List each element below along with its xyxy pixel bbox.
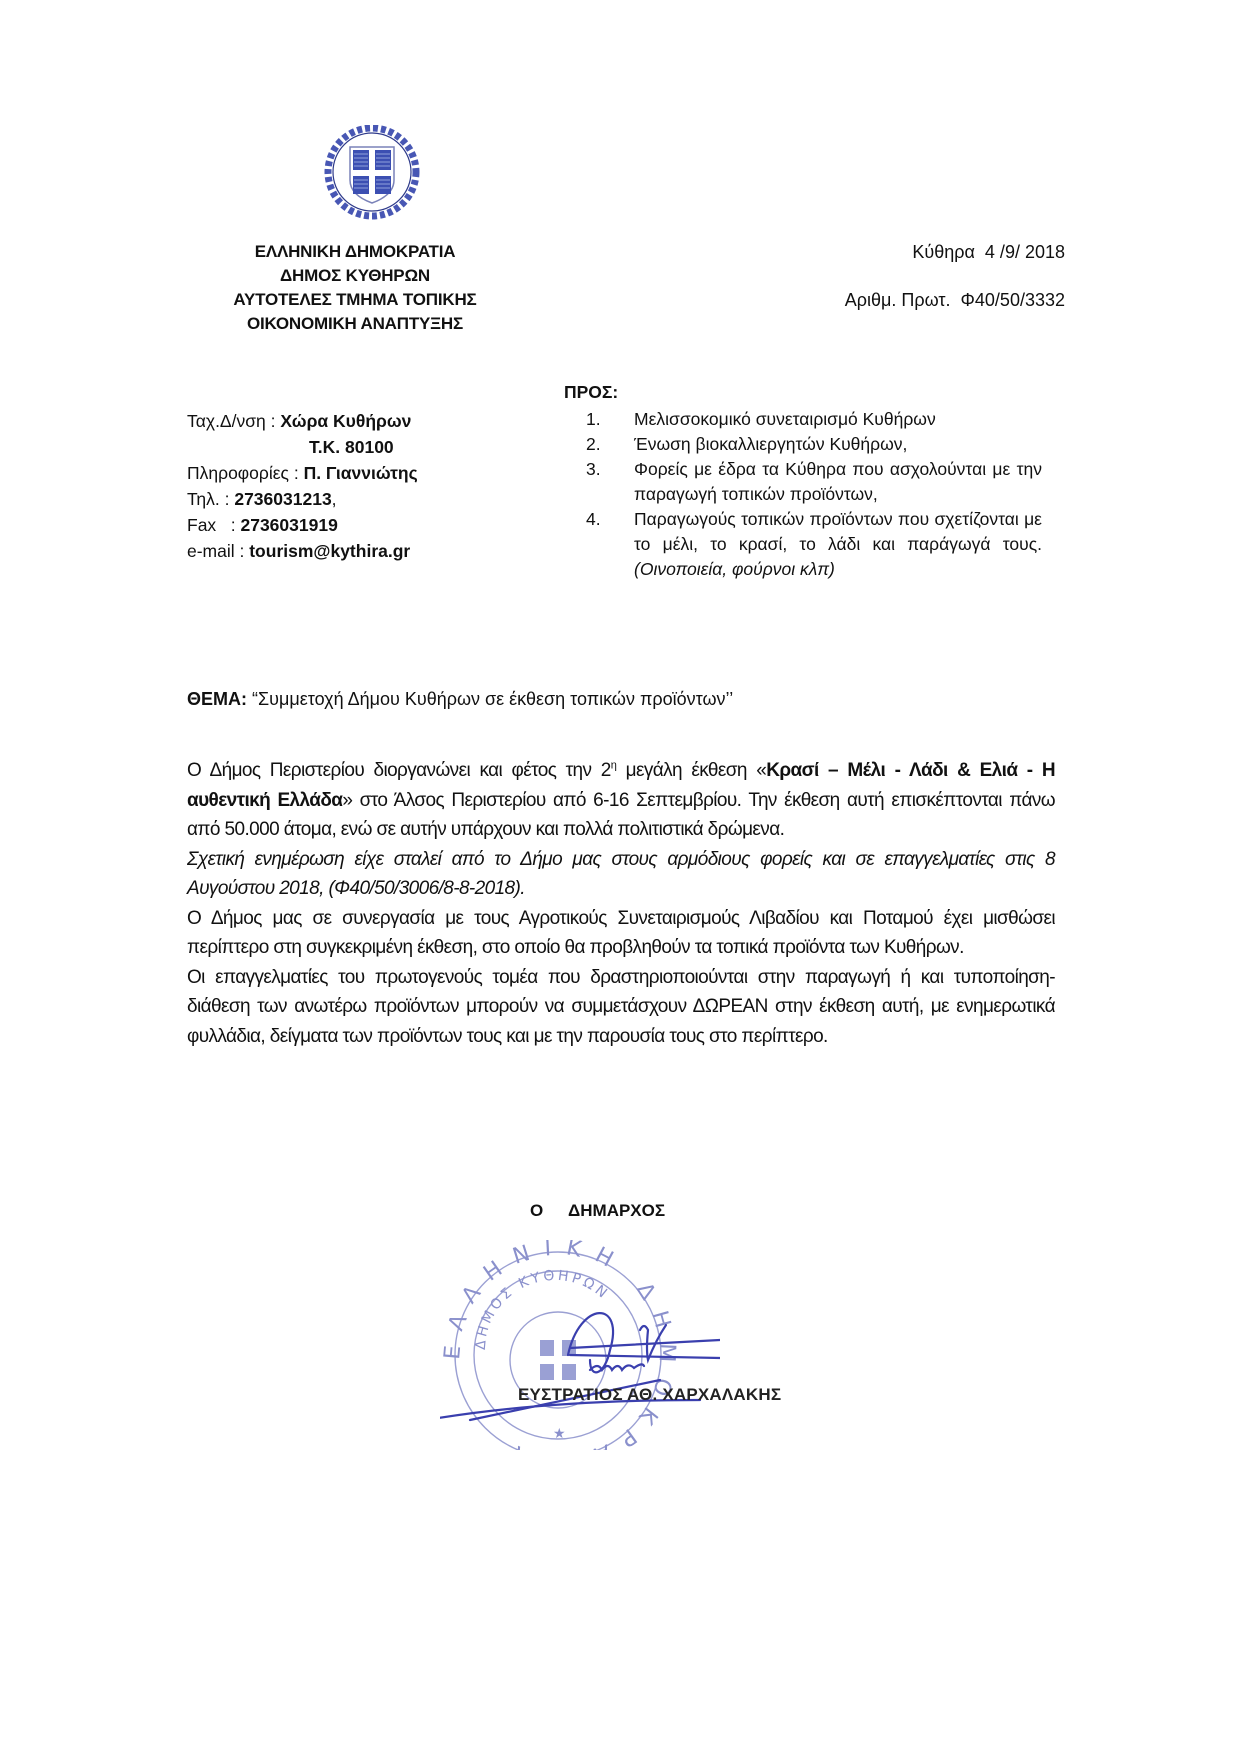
item-text: Ένωση βιοκαλλιεργητών Κυθήρων, <box>634 432 1042 457</box>
recipients-title: ΠΡΟΣ: <box>564 380 1042 405</box>
protocol-number: Αριθμ. Πρωτ. Φ40/50/3332 <box>700 288 1065 312</box>
issuer-line: ΔΗΜΟΣ ΚΥΘΗΡΩΝ <box>200 264 510 288</box>
official-stamp: ΕΛΛΗΝΙΚΗ ΔΗΜΟΚΡΑΤΙΑ ΔΗΜΟΣ ΚΥΘΗΡΩΝ ★ <box>440 1240 720 1450</box>
signatory-title: Ο ΔΗΜΑΡΧΟΣ <box>530 1201 665 1221</box>
list-item: 4.Παραγωγούς τοπικών προϊόντων που σχετί… <box>564 507 1042 582</box>
info-value: Π. Γιαννιώτης <box>304 463 418 483</box>
recipients-block: ΠΡΟΣ: 1.Μελισσοκομικό συνεταιρισμό Κυθήρ… <box>564 380 1042 582</box>
item-note: (Οινοποιεία, φούρνοι κλπ) <box>634 559 835 579</box>
issuer-line: ΟΙΚΟΝΟΜΙΚΗ ΑΝΑΠΤΥΞΗΣ <box>200 312 510 336</box>
issuer-block: ΕΛΛΗΝΙΚΗ ΔΗΜΟΚΡΑΤΙΑ ΔΗΜΟΣ ΚΥΘΗΡΩΝ ΑΥΤΟΤΕ… <box>200 240 510 336</box>
email-link[interactable]: tourism@kythira.gr <box>249 541 410 561</box>
fax-label: Fax : <box>187 515 240 535</box>
coat-of-arms-emblem <box>322 125 422 220</box>
item-text: Παραγωγούς τοπικών προϊόντων που σχετίζο… <box>634 509 1042 554</box>
phone-suffix: , <box>332 489 337 509</box>
body-paragraph: Οι επαγγελματίες του πρωτογενούς τομέα π… <box>187 963 1055 1052</box>
phone-value: 2736031213 <box>234 489 331 509</box>
body-paragraph: Ο Δήμος Περιστερίου διοργανώνει και φέτο… <box>187 756 1055 845</box>
email-label: e-mail : <box>187 541 249 561</box>
item-number: 4. <box>564 507 634 582</box>
svg-text:★: ★ <box>553 1425 566 1441</box>
item-number: 3. <box>564 457 634 507</box>
body-text: μεγάλη έκθεση « <box>616 760 766 781</box>
contact-block: Ταχ.Δ/νση : Χώρα Κυθήρων Τ.Κ. 80100 Πληρ… <box>187 408 418 564</box>
address-value: Χώρα Κυθήρων <box>280 411 411 431</box>
subject-text: “Συμμετοχή Δήμου Κυθήρων σε έκθεση τοπικ… <box>247 689 733 709</box>
item-text: Μελισσοκομικό συνεταιρισμό Κυθήρων <box>634 407 1042 432</box>
place-date: Κύθηρα 4 /9/ 2018 <box>700 240 1065 264</box>
recipients-list: 1.Μελισσοκομικό συνεταιρισμό Κυθήρων 2.Έ… <box>564 407 1042 582</box>
item-number: 1. <box>564 407 634 432</box>
subject-label: ΘΕΜΑ: <box>187 689 247 709</box>
info-label: Πληροφορίες : <box>187 463 304 483</box>
signatory-name: ΕΥΣΤΡΑΤΙΟΣ ΑΘ. ΧΑΡΧΑΛΑΚΗΣ <box>518 1385 781 1405</box>
phone-label: Τηλ. : <box>187 489 234 509</box>
body-text: Ο Δήμος Περιστερίου διοργανώνει και φέτο… <box>187 760 611 781</box>
body-paragraph-italic: Σχετική ενημέρωση είχε σταλεί από το Δήμ… <box>187 845 1055 904</box>
issuer-line: ΑΥΤΟΤΕΛΕΣ ΤΜΗΜΑ ΤΟΠΙΚΗΣ <box>200 288 510 312</box>
list-item: 2.Ένωση βιοκαλλιεργητών Κυθήρων, <box>564 432 1042 457</box>
letter-body: Ο Δήμος Περιστερίου διοργανώνει και φέτο… <box>187 756 1055 1051</box>
postcode: Τ.Κ. 80100 <box>309 437 394 457</box>
list-item: 1.Μελισσοκομικό συνεταιρισμό Κυθήρων <box>564 407 1042 432</box>
item-text-wrap: Παραγωγούς τοπικών προϊόντων που σχετίζο… <box>634 507 1042 582</box>
item-text: Φορείς με έδρα τα Κύθηρα που ασχολούνται… <box>634 457 1042 507</box>
issuer-line: ΕΛΛΗΝΙΚΗ ΔΗΜΟΚΡΑΤΙΑ <box>200 240 510 264</box>
fax-value: 2736031919 <box>240 515 337 535</box>
list-item: 3.Φορείς με έδρα τα Κύθηρα που ασχολούντ… <box>564 457 1042 507</box>
body-paragraph: Ο Δήμος μας σε συνεργασία με τους Αγροτι… <box>187 904 1055 963</box>
item-number: 2. <box>564 432 634 457</box>
subject-line: ΘΕΜΑ: “Συμμετοχή Δήμου Κυθήρων σε έκθεση… <box>187 686 733 712</box>
address-label: Ταχ.Δ/νση : <box>187 411 280 431</box>
document-meta: Κύθηρα 4 /9/ 2018 Αριθμ. Πρωτ. Φ40/50/33… <box>700 240 1065 312</box>
